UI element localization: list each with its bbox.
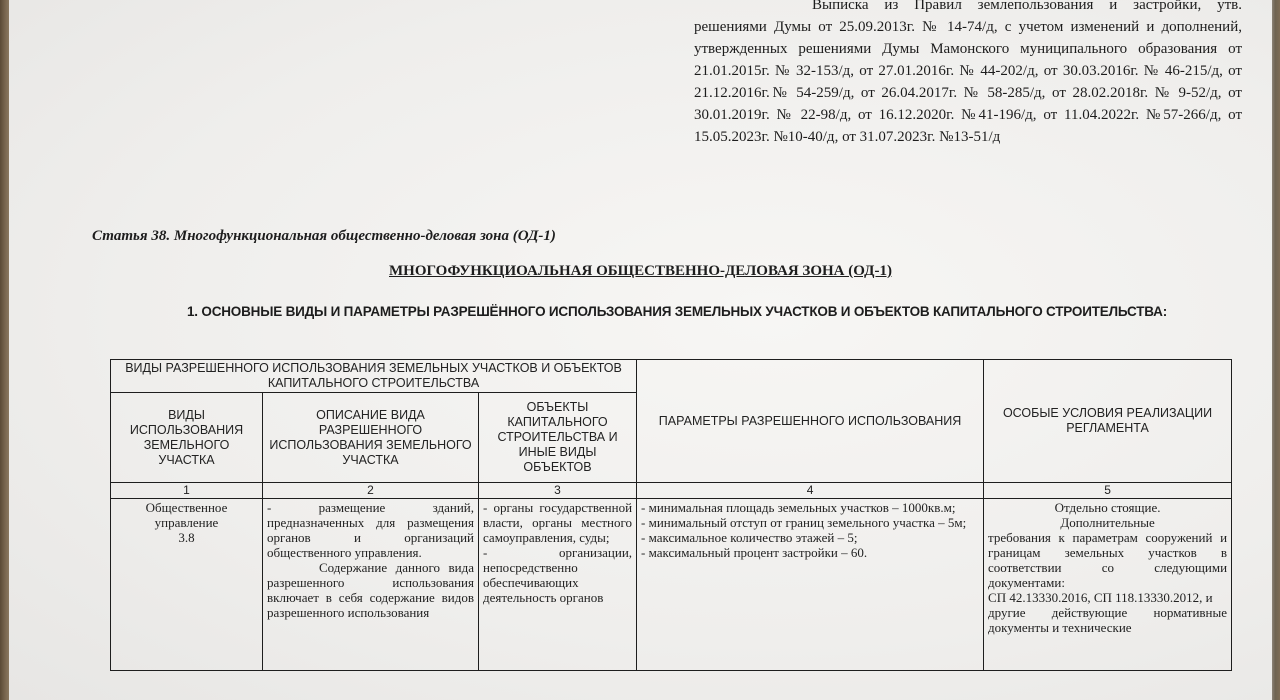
conditions-body: требования к параметрам сооружений и гра… <box>988 530 1227 590</box>
regulations-table: ВИДЫ РАЗРЕШЕННОГО ИСПОЛЬЗОВАНИЯ ЗЕМЕЛЬНЫ… <box>110 359 1232 671</box>
conditions-tail: другие действующие нормативные документы… <box>988 605 1227 635</box>
column-header-5: ОСОБЫЕ УСЛОВИЯ РЕАЛИЗАЦИИ РЕГЛАМЕНТА <box>984 360 1232 483</box>
column-header-2: ОПИСАНИЕ ВИДА РАЗРЕШЕННОГО ИСПОЛЬЗОВАНИЯ… <box>263 393 479 483</box>
column-number-1: 1 <box>111 483 263 499</box>
objects-paragraph-1: - органы государственной власти, органы … <box>483 500 632 545</box>
parameter-item: - минимальная площадь земельных участков… <box>641 500 979 515</box>
conditions-subtitle: Дополнительные <box>988 515 1227 530</box>
table-column-number-row: 1 2 3 4 5 <box>111 483 1232 499</box>
use-name-cell: Общественное управление 3.8 <box>111 499 263 671</box>
objects-paragraph-2: - организации, непосредственно обеспечив… <box>483 545 632 605</box>
group-header-cell: ВИДЫ РАЗРЕШЕННОГО ИСПОЛЬЗОВАНИЯ ЗЕМЕЛЬНЫ… <box>111 360 637 393</box>
parameters-cell: - минимальная площадь земельных участков… <box>637 499 984 671</box>
description-paragraph-1: - размещение зданий, предназначенных для… <box>267 500 474 560</box>
parameter-item: - максимальное количество этажей – 5; <box>641 530 979 545</box>
column-header-3: ОБЪЕКТЫ КАПИТАЛЬНОГО СТРОИТЕЛЬСТВА И ИНЫ… <box>479 393 637 483</box>
column-number-5: 5 <box>984 483 1232 499</box>
zone-heading: МНОГОФУНКЦИОАЛЬНАЯ ОБЩЕСТВЕННО-ДЕЛОВАЯ З… <box>9 263 1272 280</box>
description-cell: - размещение зданий, предназначенных для… <box>263 499 479 671</box>
objects-cell: - органы государственной власти, органы … <box>479 499 637 671</box>
description-paragraph-2: Содержание данного вида разрешенного исп… <box>267 560 474 620</box>
table-group-header-row: ВИДЫ РАЗРЕШЕННОГО ИСПОЛЬЗОВАНИЯ ЗЕМЕЛЬНЫ… <box>111 360 1232 393</box>
section-heading: 1. ОСНОВНЫЕ ВИДЫ И ПАРАМЕТРЫ РАЗРЕШЁННОГ… <box>105 302 1205 321</box>
column-number-4: 4 <box>637 483 984 499</box>
column-number-3: 3 <box>479 483 637 499</box>
parameter-item: - минимальный отступ от границ земельног… <box>641 515 979 530</box>
extract-paragraph: Выписка из Правил землепользования и зас… <box>694 0 1242 148</box>
column-header-1: ВИДЫ ИСПОЛЬЗОВАНИЯ ЗЕМЕЛЬНОГО УЧАСТКА <box>111 393 263 483</box>
parameter-item: - максимальный процент застройки – 60. <box>641 545 979 560</box>
column-header-4: ПАРАМЕТРЫ РАЗРЕШЕННОГО ИСПОЛЬЗОВАНИЯ <box>637 360 984 483</box>
article-title: Статья 38. Многофункциональная обществен… <box>92 228 556 245</box>
background-surface-left <box>0 0 9 700</box>
conditions-title: Отдельно стоящие. <box>988 500 1227 515</box>
document-page: Выписка из Правил землепользования и зас… <box>9 0 1272 700</box>
conditions-cell: Отдельно стоящие. Дополнительные требова… <box>984 499 1232 671</box>
column-number-2: 2 <box>263 483 479 499</box>
background-surface-right <box>1272 0 1280 700</box>
table-row: Общественное управление 3.8 - размещение… <box>111 499 1232 671</box>
conditions-docs: СП 42.13330.2016, СП 118.13330.2012, и <box>988 590 1227 605</box>
use-name: Общественное управление <box>115 500 258 530</box>
extract-header: Выписка из Правил землепользования и зас… <box>694 0 1242 148</box>
use-code: 3.8 <box>115 530 258 545</box>
